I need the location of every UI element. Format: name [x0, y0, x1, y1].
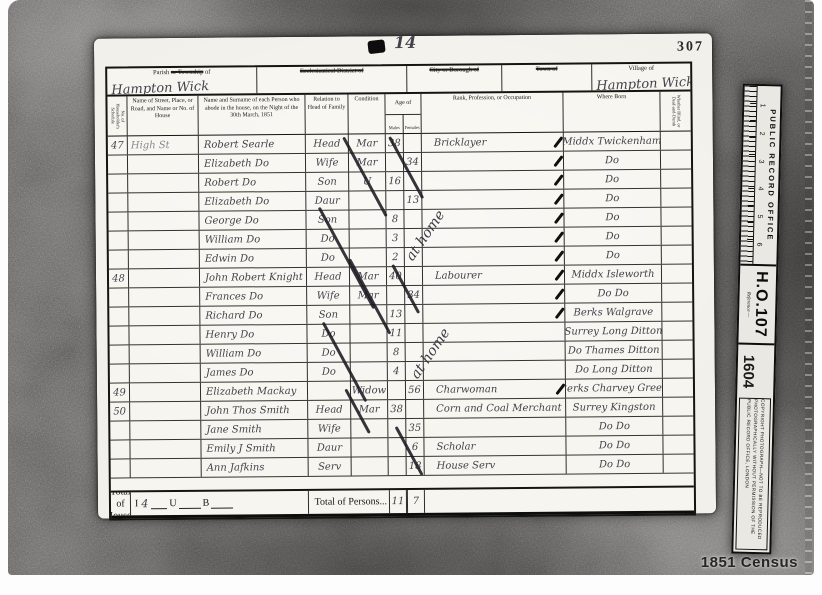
enumerator-tick-mark — [553, 155, 563, 167]
reference-number: H.O.107 — [751, 271, 771, 338]
column-header-condition: Condition — [348, 94, 385, 133]
age-male-value: 13 — [387, 305, 405, 323]
label-part: Parish — [153, 69, 171, 76]
condition-value — [350, 229, 387, 247]
where-born-value: Do — [565, 227, 662, 246]
ruler-inch-number: 4 — [756, 187, 763, 191]
where-born-value: Do — [565, 246, 662, 265]
occupation-value: House Serv — [425, 456, 567, 475]
copyright-notice: COPYRIGHT PHOTOGRAPH—NOT TO BE REPRODUCE… — [741, 399, 765, 549]
struck-label-part: City or Borough of — [429, 66, 479, 73]
age-male-value — [388, 381, 406, 399]
where-born-value: Surrey Long Ditton — [565, 322, 662, 341]
infirmity-value — [663, 435, 693, 453]
where-born-value: Surrey Kingston — [566, 398, 663, 417]
street-name — [130, 345, 201, 364]
reference-label: Reference — — [745, 292, 751, 318]
relation-value: Daur — [306, 191, 349, 209]
enumerator-tick-mark — [555, 288, 565, 300]
age-female-value — [404, 210, 422, 228]
uninhabited-label: U — [169, 498, 176, 509]
infirmity-value — [662, 226, 692, 244]
street-name — [128, 155, 199, 174]
place-field: Ecclesiastical District of — [257, 66, 407, 93]
infirmity-value — [661, 151, 691, 169]
age-female-value: 35 — [406, 419, 424, 437]
occupation-value: Bricklayer — [422, 133, 564, 152]
infirmity-value — [663, 378, 693, 396]
condition-value — [351, 438, 388, 456]
occupation-value: Charwoman — [424, 380, 566, 399]
film-edge-marks — [805, 0, 812, 575]
where-born-value: Do — [564, 208, 661, 227]
copyright-box: COPYRIGHT PHOTOGRAPH—NOT TO BE REPRODUCE… — [735, 398, 771, 551]
enumerator-tick-mark — [555, 383, 565, 395]
enumerator-tick-mark — [554, 174, 564, 186]
column-header-name: Name and Surname of each Person who abod… — [198, 95, 305, 135]
street-name — [128, 174, 199, 193]
pro-org-name: PUBLIC RECORD OFFICE — [762, 86, 780, 264]
condition-value — [350, 248, 387, 266]
where-born-value: Middx Isleworth — [565, 265, 662, 284]
column-header-street: Name of Street, Place, or Road, and Name… — [127, 96, 198, 136]
condition-value: Mar — [349, 134, 386, 152]
condition-value — [352, 457, 389, 475]
infirmity-value — [663, 340, 693, 358]
watermark-label: 1851 Census — [701, 554, 798, 571]
occupation-value — [423, 304, 565, 323]
occupation-value: Labourer — [423, 266, 565, 285]
age-of-header: Age of — [385, 94, 420, 115]
street-name — [130, 383, 201, 402]
street-name — [128, 193, 199, 212]
person-name: William Do — [200, 230, 307, 249]
total-of-persons-label: Total of Persons... — [309, 490, 389, 514]
age-male-value — [389, 457, 407, 475]
infirmity-value — [663, 359, 693, 377]
street-name — [129, 326, 200, 345]
occupation-value — [422, 152, 564, 171]
infirmity-value — [663, 397, 693, 415]
column-header-age: Age ofMalesFemales — [385, 94, 421, 133]
occupation-value: Corn and Coal Merchant — [424, 399, 566, 418]
reference-section: Reference — H.O.107 — [738, 266, 776, 346]
where-born-value: Do — [564, 151, 661, 170]
person-name: John Thos Smith — [201, 401, 308, 420]
age-male-value: 8 — [388, 343, 406, 361]
where-born-value: Berks Charvey Green — [566, 379, 663, 398]
schedule-number — [110, 421, 130, 439]
scanned-census-page: 1851 Census 14 307 Parish or Township of… — [0, 0, 822, 595]
person-name: Robert Do — [199, 173, 306, 192]
where-born-value: Do Do — [567, 455, 664, 474]
place-field: Parish or Township ofHampton Wick — [107, 67, 257, 94]
condition-value — [351, 343, 388, 361]
place-field-value: Hampton Wick — [111, 79, 209, 95]
enumerator-tick-mark — [554, 250, 564, 262]
schedule-number — [109, 326, 129, 344]
occupation-value — [424, 418, 566, 437]
where-born-value: Do — [564, 189, 661, 208]
enumerator-tick-mark — [554, 269, 564, 281]
relation-value: Wife — [307, 286, 350, 304]
age-male-value — [387, 286, 405, 304]
infirmity-value — [663, 416, 693, 434]
census-form: 14 307 Parish or Township ofHampton Wick… — [94, 33, 716, 518]
total-females: 7 — [407, 490, 425, 513]
schedule-number — [111, 459, 131, 477]
schedule-number — [108, 155, 128, 173]
struck-label-part: Town of — [536, 66, 558, 73]
place-field: Town of — [502, 64, 592, 91]
person-name: Elizabeth Do — [199, 192, 306, 211]
age-male-value: 2 — [387, 248, 405, 266]
houses-counts-cell: I4UB — [131, 491, 309, 516]
street-name — [131, 459, 202, 478]
age-male-value: 16 — [386, 172, 404, 190]
column-header-text: Whether Blind, or Deaf-and-Dumb — [670, 94, 680, 129]
label-part: of — [203, 69, 210, 76]
totals-empty-cell — [425, 487, 694, 512]
street-name: High St — [128, 136, 199, 155]
copyright-section: COPYRIGHT PHOTOGRAPH—NOT TO BE REPRODUCE… — [733, 396, 773, 553]
column-header-schedule: No. of Householder's Schedule — [107, 96, 127, 135]
relation-value: Daur — [308, 438, 351, 456]
place-field-label: Ecclesiastical District of — [257, 67, 406, 75]
person-name: John Robert Knight — [200, 268, 307, 287]
occupation-value — [424, 361, 566, 380]
relation-value: Head — [307, 267, 350, 285]
enumerator-tick-mark — [555, 307, 565, 319]
age-sub-headers: MalesFemales — [386, 115, 421, 133]
schedule-number — [109, 250, 129, 268]
where-born-value: Do Long Ditton — [566, 360, 663, 379]
where-born-value: Do Do — [566, 436, 663, 455]
condition-value — [350, 324, 387, 342]
schedule-number — [109, 307, 129, 325]
blank-line — [151, 499, 167, 509]
person-name: Emily J Smith — [201, 439, 308, 458]
infirmity-value — [662, 245, 692, 263]
schedule-number — [108, 212, 128, 230]
relation-value: Wife — [308, 419, 351, 437]
column-header-text: No. of Householder's Schedule — [110, 98, 125, 133]
occupation-value — [423, 247, 565, 266]
infirmity-value — [661, 132, 691, 150]
infirmity-value — [661, 188, 691, 206]
street-name — [130, 421, 201, 440]
column-header-row: No. of Householder's ScheduleName of Str… — [107, 92, 690, 137]
schedule-number: 49 — [110, 383, 130, 401]
person-name: Frances Do — [200, 287, 307, 306]
ruler-inch-number: 3 — [757, 159, 764, 163]
where-born-value: Berks Walgrave — [565, 303, 662, 322]
schedule-number — [110, 345, 130, 363]
infirmity-value — [662, 302, 692, 320]
person-name: Henry Do — [200, 325, 307, 344]
age-female-value — [406, 400, 424, 418]
person-name: Jane Smith — [201, 420, 308, 439]
inhabited-count: 4 — [141, 497, 148, 510]
place-field-label: Parish or Township of — [107, 68, 256, 76]
blank-line — [179, 498, 201, 508]
person-name: Richard Do — [200, 306, 307, 325]
piece-section: 1604 — [737, 345, 774, 397]
relation-value: Son — [306, 172, 349, 190]
age-female-value — [405, 267, 423, 285]
infirmity-value — [664, 454, 694, 472]
person-name: Edwin Do — [200, 249, 307, 268]
street-name — [128, 212, 199, 231]
person-name: Robert Searle — [199, 135, 306, 154]
age-male-value: 38 — [388, 400, 406, 418]
infirmity-value — [662, 321, 692, 339]
enumerator-tick-mark — [553, 136, 563, 148]
schedule-number — [110, 364, 130, 382]
street-name — [129, 288, 200, 307]
occupation-value — [422, 190, 564, 209]
building-label: B — [203, 498, 210, 509]
struck-label-part: or Township — [171, 69, 204, 76]
where-born-value: Middx Twickenham — [564, 132, 661, 151]
total-males: 11 — [389, 490, 407, 513]
schedule-number — [108, 193, 128, 211]
occupation-value — [423, 228, 565, 247]
ruler-section: 123456 PUBLIC RECORD OFFICE — [740, 86, 780, 267]
street-name — [130, 440, 201, 459]
place-field-label: Town of — [502, 65, 591, 73]
schedule-number: 47 — [108, 136, 128, 154]
piece-number: 1604 — [739, 355, 757, 389]
where-born-value: Do Do — [565, 284, 662, 303]
street-name — [129, 269, 200, 288]
age-female-value — [405, 324, 423, 342]
enumerator-tick-mark — [554, 231, 564, 243]
relation-value: Wife — [306, 153, 349, 171]
street-name — [129, 307, 200, 326]
person-name: Ann Jafkins — [202, 458, 309, 477]
total-of-houses-label: Total of Houses — [111, 492, 131, 515]
occupation-value — [423, 285, 565, 304]
person-name: James Do — [201, 363, 308, 382]
age-female-value — [404, 134, 422, 152]
occupation-value: Scholar — [424, 437, 566, 456]
place-field-label: City or Borough of — [407, 66, 501, 74]
where-born-value: Do Do — [566, 417, 663, 436]
schedule-number — [110, 440, 130, 458]
person-name: Elizabeth Mackay — [201, 382, 308, 401]
label-part: Village of — [628, 65, 654, 72]
page-number-annotation: 14 — [394, 33, 416, 52]
age-males-header: Males — [386, 115, 404, 133]
schedule-number — [109, 288, 129, 306]
age-females-header: Females — [404, 115, 421, 133]
infirmity-value — [662, 283, 692, 301]
place-field: Village ofHampton Wick — [592, 64, 690, 91]
age-male-value — [386, 191, 404, 209]
person-name: George Do — [199, 211, 306, 230]
ruler-inch-number: 1 — [758, 104, 765, 108]
relation-value: Do — [307, 229, 350, 247]
person-name: Elizabeth Do — [199, 154, 306, 173]
ruler-inch-number: 6 — [755, 242, 762, 246]
street-name — [129, 250, 200, 269]
column-header-occupation: Rank, Profession, or Occupation — [421, 93, 563, 133]
place-field-label: Village of — [592, 65, 690, 73]
column-header-infirm: Whether Blind, or Deaf-and-Dumb — [660, 92, 690, 131]
ruler-inch-number: 2 — [757, 132, 764, 136]
condition-value — [349, 210, 386, 228]
where-born-value: Do Thames Ditton — [566, 341, 663, 360]
relation-value: Serv — [309, 457, 352, 475]
street-name — [129, 231, 200, 250]
ink-blob — [367, 39, 385, 54]
age-male-value: 4 — [388, 362, 406, 380]
enumerator-tick-mark — [554, 212, 564, 224]
struck-label-part: Ecclesiastical District of — [300, 67, 364, 75]
place-field-value: Hampton Wick — [596, 75, 690, 91]
infirmity-value — [662, 264, 692, 282]
schedule-number — [109, 231, 129, 249]
relation-value: Head — [308, 400, 351, 418]
pro-org-label: PUBLIC RECORD OFFICE — [765, 109, 777, 241]
person-name: William Do — [201, 344, 308, 363]
age-female-value: 56 — [406, 381, 424, 399]
column-header-relation: Relation to Head of Family — [305, 94, 348, 133]
occupation-value — [422, 171, 564, 190]
inhabited-label: I — [135, 498, 138, 509]
folio-number: 307 — [677, 39, 704, 55]
age-male-value: 3 — [387, 229, 405, 247]
place-field: City or Borough of — [407, 65, 502, 92]
ruler-inch-number: 5 — [755, 214, 762, 218]
condition-value — [351, 419, 388, 437]
age-male-value: 8 — [386, 210, 404, 228]
schedule-number — [108, 174, 128, 192]
street-name — [130, 364, 201, 383]
infirmity-value — [661, 169, 691, 187]
street-name — [130, 402, 201, 421]
enumerator-tick-mark — [554, 193, 564, 205]
totals-row: Total of HousesI4UBTotal of Persons...11… — [111, 487, 694, 518]
schedule-number: 48 — [109, 269, 129, 287]
census-table: Parish or Township ofHampton WickEcclesi… — [105, 61, 696, 520]
infirmity-value — [661, 207, 691, 225]
where-born-value: Do — [564, 170, 661, 189]
column-header-born: Where Born — [563, 92, 660, 132]
relation-value: Son — [307, 305, 350, 323]
blank-line — [211, 498, 233, 508]
table-body: 47High StRobert SearleHeadMar38Bricklaye… — [108, 132, 694, 479]
schedule-number: 50 — [110, 402, 130, 420]
condition-value — [351, 362, 388, 380]
